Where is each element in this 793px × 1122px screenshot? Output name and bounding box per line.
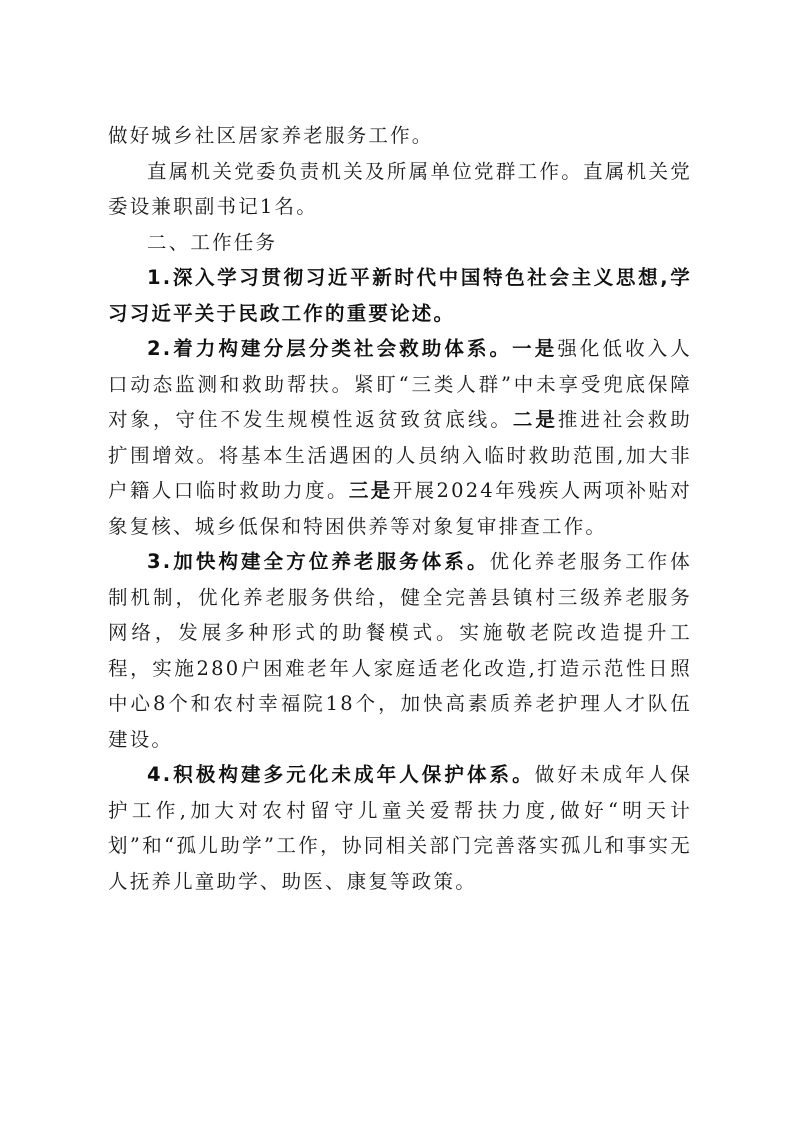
point-1-label: 一是 <box>512 337 557 360</box>
task-3-elderly-care: 3.加快构建全方位养老服务体系。优化养老服务工作体制机制，优化养老服务供给，健全… <box>108 544 692 757</box>
task-3-lead: 3.加快构建全方位养老服务体系。 <box>147 550 490 573</box>
task-4-lead: 4.积极构建多元化未成年人保护体系。 <box>147 763 535 786</box>
task-2-social-assistance: 2.着力构建分层分类社会救助体系。一是强化低收入人口动态监测和救助帮扶。紧盯“三… <box>108 331 692 544</box>
paragraph-party-committee: 直属机关党委负责机关及所属单位党群工作。直属机关党委设兼职副书记1名。 <box>108 154 692 225</box>
point-3-label: 三是 <box>349 479 393 502</box>
paragraph-elderly-care-intro: 做好城乡社区居家养老服务工作。 <box>108 118 692 154</box>
task-3-text: 优化养老服务工作体制机制，优化养老服务供给，健全完善县镇村三级养老服务网络，发展… <box>108 550 692 751</box>
document-page: 做好城乡社区居家养老服务工作。 直属机关党委负责机关及所属单位党群工作。直属机关… <box>108 118 692 899</box>
task-2-lead: 2.着力构建分层分类社会救助体系。 <box>147 337 512 360</box>
point-2-label: 二是 <box>513 408 558 431</box>
task-1-study: 1.深入学习贯彻习近平新时代中国特色社会主义思想,学习习近平关于民政工作的重要论… <box>108 260 692 331</box>
section-heading-work-tasks: 二、工作任务 <box>108 225 692 261</box>
task-4-minor-protection: 4.积极构建多元化未成年人保护体系。做好未成年人保护工作,加大对农村留守儿童关爱… <box>108 757 692 899</box>
